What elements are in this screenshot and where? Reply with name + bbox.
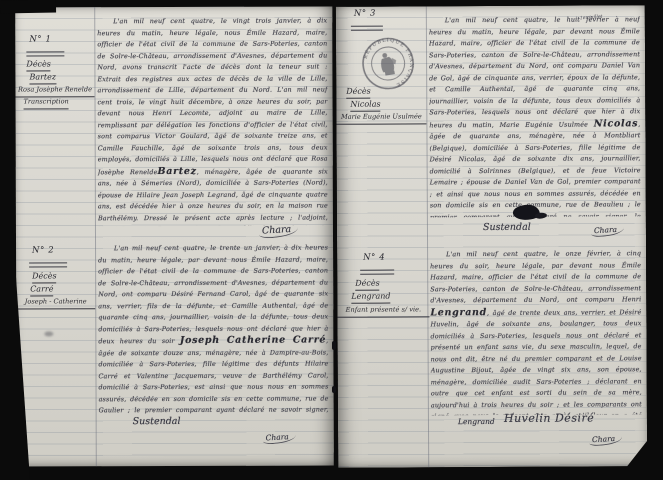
act2-text-before: L'an mil neuf cent quatre, le trente un …: [98, 243, 328, 345]
register-scan: N° 1 Décès Bartez Rosa Josèphe Renelde T…: [0, 0, 663, 480]
act4-body: L'an mil neuf cent quatre, le onze févri…: [430, 248, 642, 415]
act2-margin-type: Décès: [32, 270, 57, 283]
act2-text-after: , âgée de soixante douze ans, ménagère, …: [98, 336, 328, 416]
right-page: N° 3 RÉPUBLIQUE FRANÇAISE Décès Nicolas …: [336, 5, 647, 468]
act3-text-before: L'an mil neuf cent quatre, le huit févri…: [429, 15, 640, 129]
act4-text-before: L'an mil neuf cent quatre, le onze févri…: [430, 249, 641, 304]
act2-number: N° 2: [32, 245, 54, 255]
act1-number-rule: [26, 51, 64, 56]
marianne-figure-icon: [379, 51, 398, 76]
ink-smudge: [44, 331, 53, 336]
act2-body: L'an mil neuf cent quatre, le trente un …: [98, 242, 329, 416]
act1-margin-type: Décès: [26, 58, 51, 71]
act3-body: L'an mil neuf cent quatre, le huit févri…: [429, 14, 641, 217]
act3-signature-declarant: Sustendal: [483, 222, 531, 233]
act1-signature-officier: Chara: [259, 224, 299, 239]
act4-margin-firstnames: Enfant présenté s/ vie.: [337, 304, 429, 317]
act1-body: L'an mil neuf cent quatre, le vingt troi…: [97, 15, 328, 226]
act3-number-rule: [351, 26, 383, 31]
act3-margin-surname: Nicolas: [350, 99, 380, 112]
act1-margin-surname: Bartez: [29, 71, 56, 84]
act3-number: N° 3: [354, 9, 376, 19]
act2-signature-officier: Chara: [262, 432, 296, 445]
act4-number-rule: [360, 270, 394, 275]
act4-text-after: , âgé de trente deux ans, verrier, et Dé…: [430, 308, 641, 416]
act2-margin-surname: Carré: [30, 283, 53, 296]
act3-signature-officier: Chara: [591, 224, 625, 237]
act3-text-after: , âgée de quarante ans, ménagère, née à …: [429, 120, 640, 218]
act4-number: N° 4: [363, 253, 385, 263]
act1-text-before: L'an mil neuf cent quatre, le vingt troi…: [97, 16, 327, 175]
gutter-mark: [332, 386, 336, 393]
ink-blot: [513, 205, 540, 220]
act3-margin-type: Décès: [346, 86, 371, 99]
act3-name-highlight: Nicolas: [594, 118, 638, 129]
act2-signature-declarant: Sustendal: [133, 416, 181, 427]
gutter-mark: [332, 341, 336, 350]
act1-name-highlight: Bartez: [157, 165, 196, 176]
act4-margin-surname: Lengrand: [351, 291, 390, 304]
act2-number-rule: [29, 262, 67, 267]
act3-margin-firstnames: Marie Eugénie Usulmée: [336, 111, 426, 124]
act4-signature-declarant1: Lengrand: [458, 417, 495, 426]
act4-signature-declarant2: Huvelin Désiré: [504, 411, 594, 424]
act2-margin-firstnames: Joseph - Catherine: [16, 296, 95, 309]
margin-rule-left-page: [94, 7, 97, 466]
act4-name-highlight: Lengrand: [430, 307, 487, 318]
act4-margin-type: Décès: [355, 278, 380, 291]
book-edge-top-left: [0, 0, 56, 13]
act1-margin-note: Transcription: [24, 96, 69, 109]
left-page: N° 1 Décès Bartez Rosa Josèphe Renelde T…: [15, 6, 334, 466]
act2-name-highlight: Joseph Catherine Carré: [180, 334, 326, 346]
act1-number: N° 1: [29, 34, 51, 44]
act4-signature-officier: Chara: [589, 433, 623, 446]
